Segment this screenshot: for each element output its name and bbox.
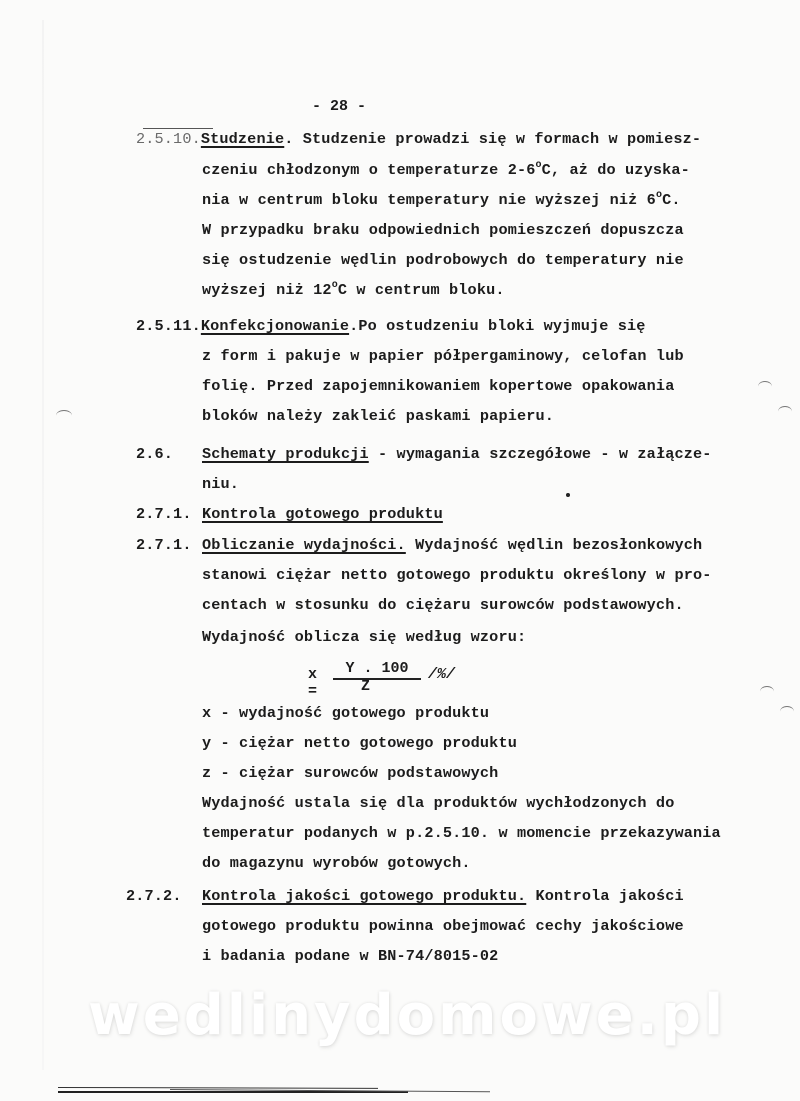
formula-unit: /%/: [428, 666, 455, 683]
section-heading: Konfekcjonowanie: [201, 317, 349, 335]
body-line: gotowego produktu powinna obejmować cech…: [202, 916, 684, 936]
section-number: 2.5.10.: [136, 130, 201, 148]
heading-period: .: [284, 130, 303, 148]
body-line: czeniu chłodzonym o temperaturze 2-6oC, …: [202, 160, 690, 180]
body-text: C w centrum bloku.: [338, 281, 505, 299]
section-number: 2.5.11.: [136, 317, 201, 335]
section-2-7-heading: Kontrola gotowego produktu: [202, 504, 443, 524]
margin-mark: [758, 381, 772, 392]
formula-denominator: Z: [333, 680, 421, 694]
section-2-7-2-number: 2.7.2.: [126, 886, 182, 906]
body-line: centach w stosunku do ciężaru surowców p…: [202, 595, 684, 615]
page-number: - 28 -: [312, 98, 366, 115]
body-line: i badania podane w BN-74/8015-02: [202, 946, 498, 966]
body-line: nia w centrum bloku temperatury nie wyżs…: [202, 190, 681, 210]
section-heading: Studzenie: [201, 130, 284, 148]
section-2-6-number: 2.6.: [136, 444, 173, 464]
formula-lhs: x =: [308, 666, 317, 700]
section-2-7-2-first-line: Kontrola jakości gotowego produktu. Kont…: [202, 886, 684, 906]
body-line: bloków należy zakleić paskami papieru.: [202, 406, 554, 426]
body-line: Wydajność oblicza się według wzoru:: [202, 627, 526, 647]
body-line: wyższej niż 12oC w centrum bloku.: [202, 280, 505, 300]
body-text: Studzenie prowadzi się w formach w pomie…: [303, 130, 701, 148]
body-text: C, aż do uzyska-: [542, 161, 690, 179]
legend-line-y: y - ciężar netto gotowego produktu: [202, 733, 517, 753]
body-line: do magazynu wyrobów gotowych.: [202, 853, 471, 873]
section-heading: Kontrola jakości gotowego produktu.: [202, 887, 526, 905]
body-text: nia w centrum bloku temperatury nie wyżs…: [202, 191, 656, 209]
watermark: wedlinydomowe.pl: [88, 983, 726, 1048]
body-line: folię. Przed zapojemnikowaniem kopertowe…: [202, 376, 674, 396]
section-2-7-number: 2.7.1.: [136, 504, 192, 524]
scan-edge-shadow: [42, 20, 44, 1070]
body-line: Wydajność ustala się dla produktów wychł…: [202, 793, 674, 813]
body-line: niu.: [202, 474, 239, 494]
body-text: C.: [662, 191, 681, 209]
ink-speck: [566, 493, 570, 497]
body-text: Wydajność wędlin bezosłonkowych: [406, 536, 702, 554]
body-line: stanowi ciężar netto gotowego produktu o…: [202, 565, 712, 585]
margin-mark: [760, 686, 774, 697]
section-heading: Kontrola gotowego produktu: [202, 505, 443, 523]
body-line: W przypadku braku odpowiednich pomieszcz…: [202, 220, 684, 240]
body-line: się ostudzenie wędlin podrobowych do tem…: [202, 250, 684, 270]
body-text: Kontrola jakości: [526, 887, 684, 905]
margin-mark: [780, 706, 794, 717]
heading-period: .: [349, 317, 358, 335]
section-heading: Obliczanie wydajności.: [202, 536, 406, 554]
body-line: temperatur podanych w p.2.5.10. w momenc…: [202, 823, 721, 843]
margin-mark: [56, 410, 72, 421]
section-2-7-1-number: 2.7.1.: [136, 535, 192, 555]
legend-line-z: z - ciężar surowców podstawowych: [202, 763, 498, 783]
body-text: czeniu chłodzonym o temperaturze 2-6: [202, 161, 536, 179]
body-line: z form i pakuje w papier półpergaminowy,…: [202, 346, 684, 366]
section-2-5-11-first-line: 2.5.11.Konfekcjonowanie.Po ostudzeniu bl…: [136, 316, 646, 336]
section-2-7-1-first-line: Obliczanie wydajności. Wydajność wędlin …: [202, 535, 702, 555]
legend-line-x: x - wydajność gotowego produktu: [202, 703, 489, 723]
formula-fraction: Y . 100 Z: [333, 660, 421, 694]
scanned-document-page: - 28 - 2.5.10.Studzenie. Studzenie prowa…: [0, 0, 800, 1101]
margin-mark: [778, 406, 792, 417]
section-heading: Schematy produkcji: [202, 445, 369, 463]
section-2-5-10-first-line: 2.5.10.Studzenie. Studzenie prowadzi się…: [136, 129, 701, 149]
body-text: wyższej niż 12: [202, 281, 332, 299]
formula-numerator: Y . 100: [333, 660, 421, 680]
body-text: - wymagania szczegółowe - w załącze-: [369, 445, 712, 463]
section-2-6-first-line: Schematy produkcji - wymagania szczegóło…: [202, 444, 712, 464]
body-text: Po ostudzeniu bloki wyjmuje się: [358, 317, 645, 335]
